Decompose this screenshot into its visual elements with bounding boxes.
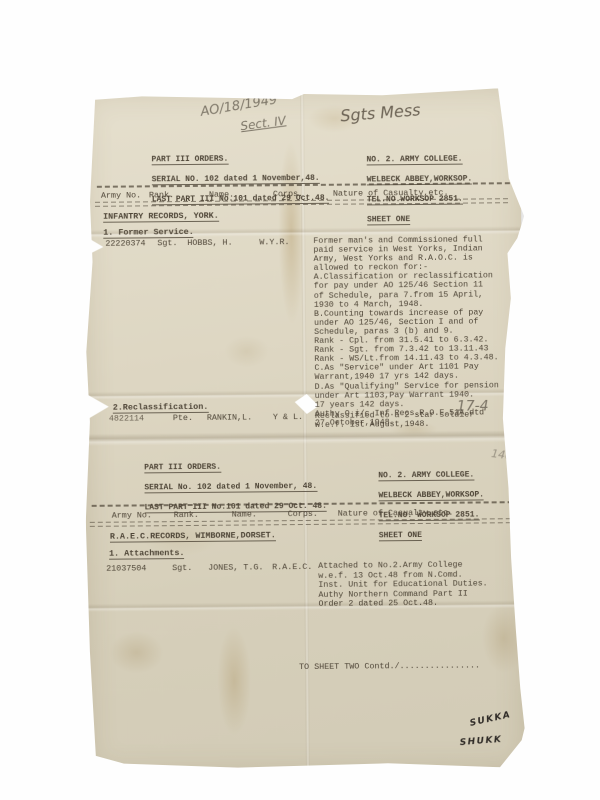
stain (217, 625, 252, 735)
sheet-number-line: SHEET ONE (379, 531, 422, 541)
sheet-overlap-edge (85, 430, 523, 446)
unit-name-line: NO. 2. ARMY COLLEGE. (378, 471, 474, 482)
sheet2-column-headers: Army No. Rank. Name. Corps. Nature of Ca… (82, 88, 520, 92)
col-corps: Corps. (273, 189, 303, 199)
col-name: Name. (232, 509, 257, 519)
record-row: 22220374 Sgt. HOBBS, H. W.Y.R. Former ma… (82, 88, 520, 92)
sheet2-header-right: NO. 2. ARMY COLLEGE. WELBECK ABBEY,WORKS… (349, 460, 484, 551)
paper-tear (83, 392, 109, 422)
document-photo: AO/18/1949 Sect. IV Sgts Mess PART III O… (0, 0, 600, 800)
ink-signature-line1: SUKKA (469, 710, 512, 729)
col-army-no: Army No. (101, 190, 141, 200)
serial-no-line: SERIAL No. 102 dated 1 November, 48. (144, 482, 317, 494)
army-no-value: 21037504 (106, 563, 146, 573)
col-name: Name. (209, 190, 234, 200)
part-iii-orders-title: PART III ORDERS. (151, 155, 228, 166)
paper-sheet: AO/18/1949 Sect. IV Sgts Mess PART III O… (82, 88, 526, 774)
rank-value: Sgt. (157, 238, 177, 248)
stain (109, 631, 164, 673)
records-office-line: R.A.E.C.RECORDS, WIMBORNE,DORSET. (110, 530, 276, 542)
unit-name-line: NO. 2. ARMY COLLEGE. (366, 155, 462, 166)
col-nature: Nature of Casualty,etc. (333, 188, 449, 199)
section-reclassification: 2.Reclassification. (113, 402, 209, 414)
stain (482, 603, 527, 673)
rank-value: Sgt. (172, 563, 192, 573)
col-rank: Rank. (149, 190, 174, 200)
section-attachments: 1. Attachments. (109, 548, 184, 560)
corps-value: W.Y.R. (259, 237, 289, 247)
continuation-footer: TO SHEET TWO Contd./................ (299, 660, 480, 672)
col-corps: Corps. (288, 509, 318, 519)
record-row: 4822114 Pte. RANKIN,L. Y & L. Reclassifi… (82, 88, 520, 92)
sheet1-column-headers: Army No. Rank. Name. Corps. Nature of Ca… (82, 88, 520, 92)
pencil-section-note: Sect. IV (240, 113, 287, 133)
pencil-number-note: 140 (490, 447, 513, 463)
section-former-service: 1. Former Service. (103, 227, 194, 239)
army-no-value: 22220374 (105, 238, 145, 248)
corps-value: R.A.E.C. (272, 562, 312, 572)
sheet-number-line: SHEET ONE (367, 215, 410, 225)
col-rank: Rank. (174, 510, 199, 520)
pencil-mess-note: Sgts Mess (340, 100, 422, 125)
unit-address-line: WELBECK ABBEY,WORKSOP. (378, 490, 484, 501)
name-value: RANKIN,L. (207, 412, 252, 422)
name-value: JONES, T.G. (208, 562, 263, 572)
stain (224, 335, 269, 367)
corps-value: Y & L. (273, 412, 303, 422)
col-nature: Nature of Casualty.etc. (338, 508, 454, 519)
casualty-text: Attached to No.2.Army College w.e.f. 13 … (318, 560, 518, 610)
paper-tear (81, 234, 103, 258)
records-office-line: INFANTRY RECORDS, YORK. (103, 211, 219, 223)
ink-signature-line2: SHUKK (459, 735, 502, 748)
rank-value: Pte. (173, 413, 193, 423)
name-value: HOBBS, H. (187, 238, 232, 248)
record-row: 21037504 Sgt. JONES, T.G. R.A.E.C. Attac… (82, 88, 520, 92)
army-no-value: 4822114 (109, 413, 144, 423)
part-iii-orders-title: PART III ORDERS. (144, 463, 221, 474)
col-army-no: Army No. (112, 510, 152, 520)
pencil-ref2-note: 17-4 (457, 398, 489, 414)
